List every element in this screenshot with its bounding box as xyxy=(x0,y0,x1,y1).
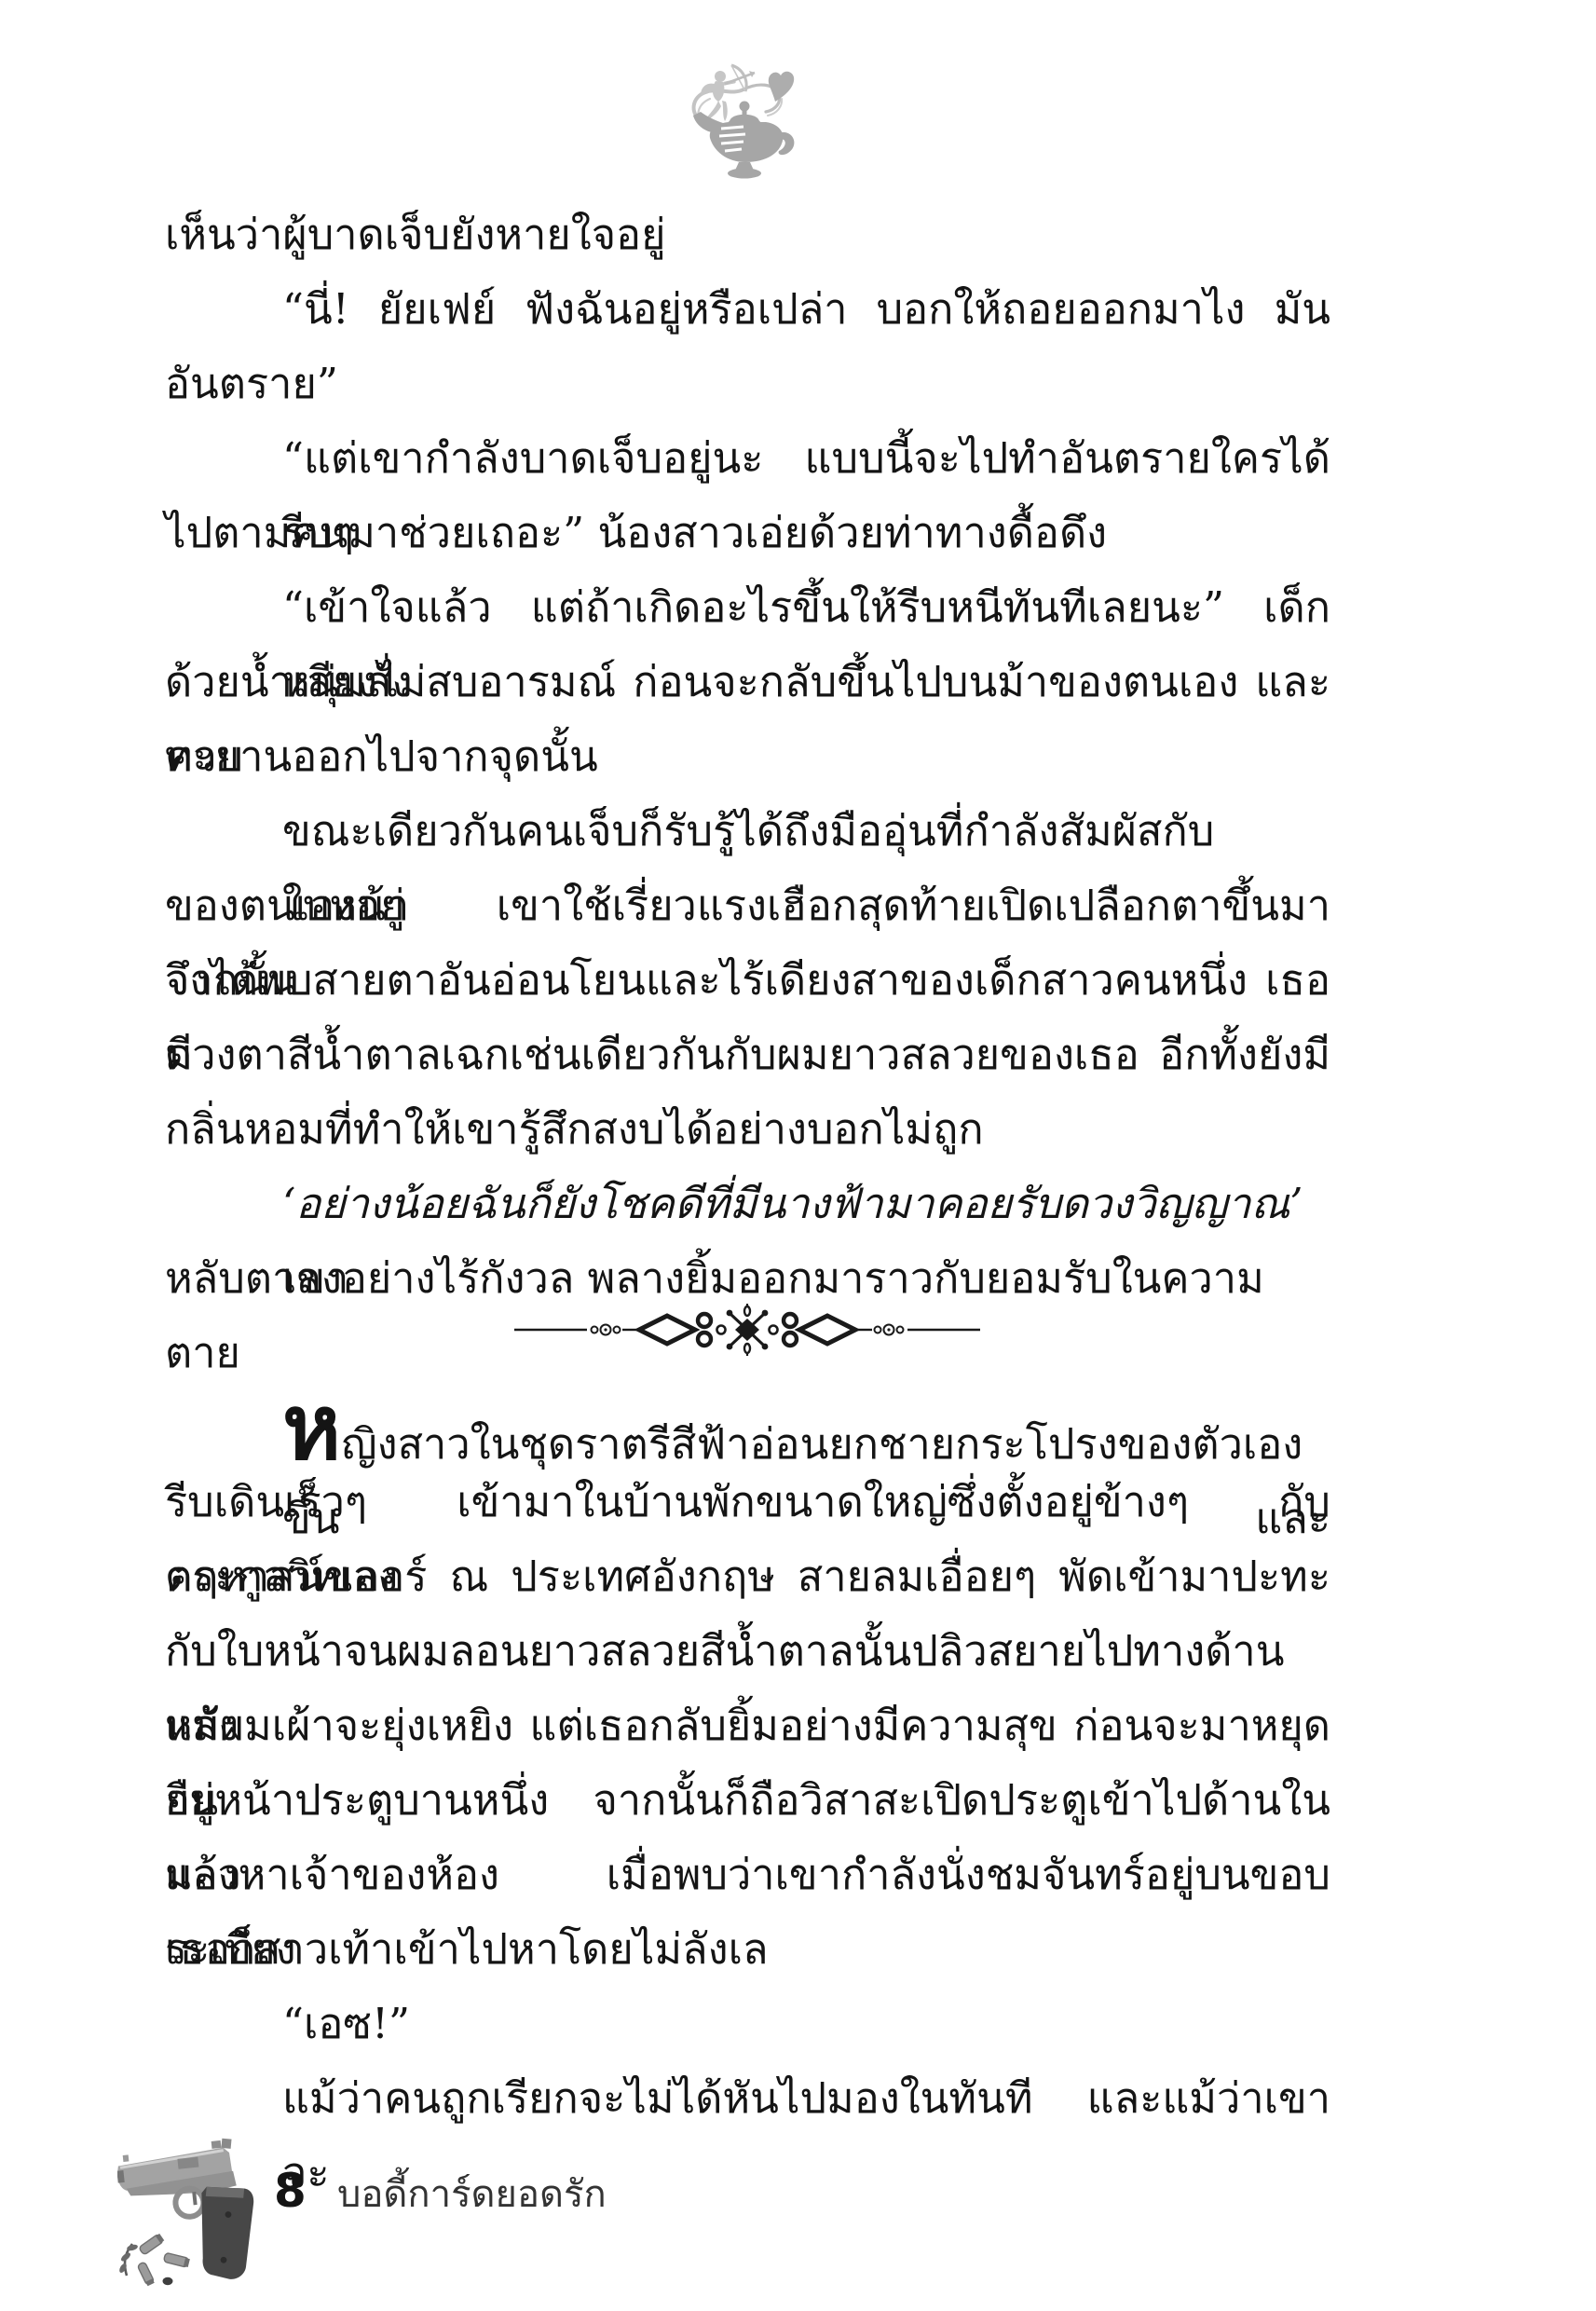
text-line: “นี่! ยัยเฟย์ ฟังฉันอยู่หรือเปล่า บอกให้… xyxy=(165,272,1330,347)
text-line: แม้ผมเผ้าจะยุ่งเหยิง แต่เธอกลับยิ้มอย่าง… xyxy=(165,1689,1330,1763)
pistol-bullets-icon xyxy=(117,2134,274,2297)
body-text-section-2: หญิงสาวในชุดราตรีสีฟ้าอ่อนยกชายกระโปรงขอ… xyxy=(165,1390,1330,2136)
text-line: อยู่หน้าประตูบานหนึ่ง จากนั้นก็ถือวิสาสะ… xyxy=(165,1763,1330,1838)
body-text: เห็นว่าผู้บาดเจ็บยังหายใจอยู่ “นี่! ยัยเ… xyxy=(165,198,1330,1316)
text-line: “แต่เขากำลังบาดเจ็บอยู่นะ แบบนี้จะไปทำอั… xyxy=(165,421,1330,496)
text-line: เห็นว่าผู้บาดเจ็บยังหายใจอยู่ xyxy=(165,198,1330,272)
text-line-dropcap: หญิงสาวในชุดราตรีสีฟ้าอ่อนยกชายกระโปรงขอ… xyxy=(165,1390,1330,1465)
genie-lamp-icon xyxy=(689,58,799,179)
text-line: แม้ว่าคนถูกเรียกจะไม่ได้หันไปมองในทันที … xyxy=(165,2061,1330,2136)
text-line: รีบเดินเร็วๆ เข้ามาในบ้านพักขนาดใหญ่ซึ่ง… xyxy=(165,1465,1330,1539)
book-page: เห็นว่าผู้บาดเจ็บยังหายใจอยู่ “นี่! ยัยเ… xyxy=(0,0,1596,2311)
text-line: ดวงตาสีน้ำตาลเฉกเช่นเดียวกันกับผมยาวสลวย… xyxy=(165,1018,1330,1092)
text-line: มองหาเจ้าของห้อง เมื่อพบว่าเขากำลังนั่งช… xyxy=(165,1838,1330,1912)
text-line: กับใบหน้าจนผมลอนยาวสลวยสีน้ำตาลนั้นปลิวส… xyxy=(165,1614,1330,1689)
page-number: 8 xyxy=(274,2164,307,2218)
italic-quote: ‘อย่างน้อยฉันก็ยังโชคดีที่มีนางฟ้ามาคอยร… xyxy=(282,1179,1303,1228)
text-line: ขณะเดียวกันคนเจ็บก็รับรู้ได้ถึงมืออุ่นที… xyxy=(165,794,1330,868)
text-line: ด้วยน้ำเสียงไม่สบอารมณ์ ก่อนจะกลับขึ้นไป… xyxy=(165,645,1330,719)
text-line: เธอก็สาวเท้าเข้าไปหาโดยไม่ลังเล xyxy=(165,1912,1330,1987)
book-title: บอดี้การ์ดยอดรัก xyxy=(337,2169,607,2220)
text-line: ไปตามคนมาช่วยเถอะ” น้องสาวเอ่ยด้วยท่าทาง… xyxy=(165,496,1330,570)
text-line: ของตนเองอยู่ เขาใช้เรี่ยวแรงเฮือกสุดท้าย… xyxy=(165,868,1330,943)
text-line: จึงได้พบสายตาอันอ่อนโยนและไร้เดียงสาของเ… xyxy=(165,943,1330,1018)
text-line: ตระกูลวิทเลอร์ ณ ประเทศอังกฤษ สายลมเอื่อ… xyxy=(165,1539,1330,1614)
leaf-sprig xyxy=(118,2244,139,2276)
text-line-inner-monologue: ‘อย่างน้อยฉันก็ยังโชคดีที่มีนางฟ้ามาคอยร… xyxy=(165,1167,1330,1241)
text-line: กลิ่นหอมที่ทำให้เขารู้สึกสงบได้อย่างบอกไ… xyxy=(165,1092,1330,1167)
text-line: “เข้าใจแล้ว แต่ถ้าเกิดอะไรขึ้นให้รีบหนีท… xyxy=(165,570,1330,645)
pistol-icon xyxy=(117,2134,274,2297)
text-line: อันตราย” xyxy=(165,347,1330,421)
text-line: “เอซ!” xyxy=(165,1987,1330,2061)
text-line: ทะยานออกไปจากจุดนั้น xyxy=(165,719,1330,794)
lamp-cupid-ornament xyxy=(689,58,799,179)
scroll-star-divider-icon xyxy=(514,1303,980,1357)
section-divider-ornament xyxy=(514,1303,980,1357)
